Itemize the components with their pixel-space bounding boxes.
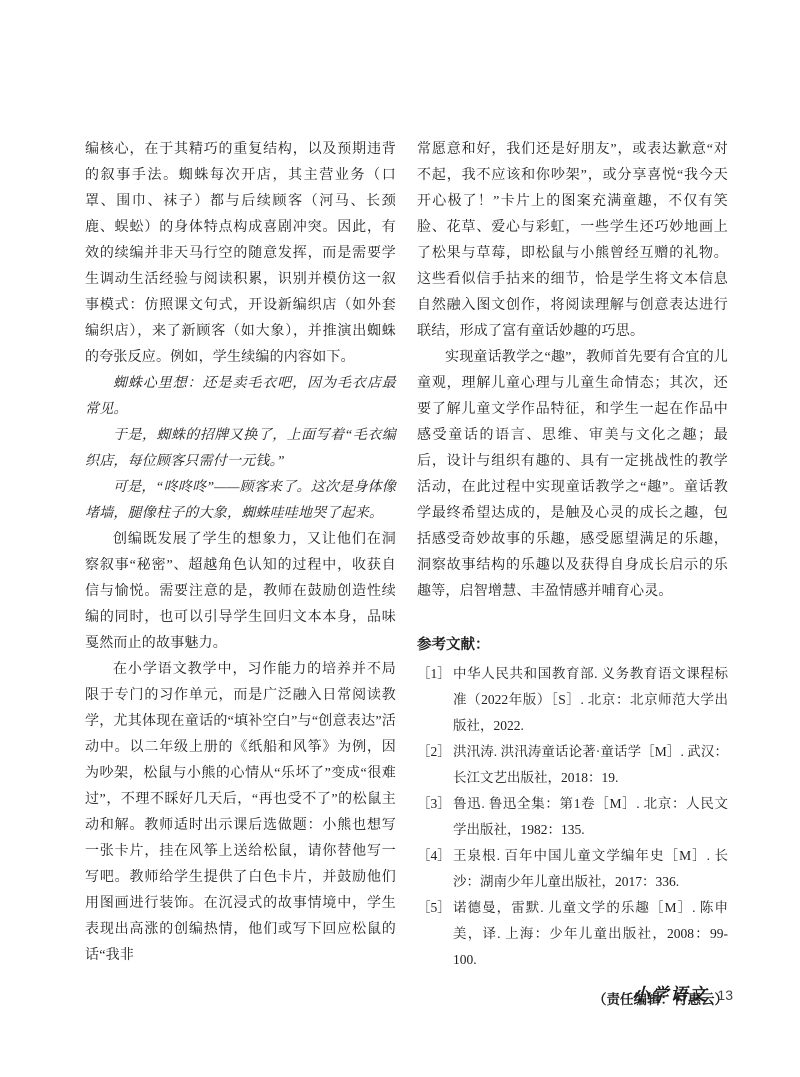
journal-name: 小学语文 (632, 980, 708, 1005)
reference-text: 洪汛涛. 洪汛涛童话论著·童话学［M］. 武汉：长江文艺出版社，2018：19. (453, 744, 728, 785)
reference-label: ［3］ (417, 791, 451, 817)
right-column: 常愿意和好，我们还是好朋友”，或表达歉意“对不起，我不应该和你吵架”，或分享喜悦… (417, 137, 728, 1013)
reference-label: ［5］ (417, 895, 451, 921)
reference-item: ［1］中华人民共和国教育部. 义务教育语文课程标准（2022年版）［S］. 北京… (417, 661, 728, 739)
reference-item: ［2］洪汛涛. 洪汛涛童话论著·童话学［M］. 武汉：长江文艺出版社，2018：… (417, 739, 728, 791)
references-heading: 参考文献： (417, 632, 728, 658)
student-example-paragraph: 可是，“咚咚咚”——顾客来了。这次是身体像堵墙，腿像柱子的大象，蜘蛛哇哇地哭了起… (85, 475, 396, 527)
reference-text: 王泉根. 百年中国儿童文学编年史［M］. 长沙：湖南少年儿童出版社，2017：3… (453, 848, 728, 889)
reference-item: ［5］诺德曼，雷默. 儿童文学的乐趣［M］. 陈申美，译. 上海：少年儿童出版社… (417, 895, 728, 973)
page-number: 13 (717, 987, 733, 1003)
reference-text: 鲁迅. 鲁迅全集：第1卷［M］. 北京：人民文学出版社，1982：135. (453, 796, 728, 837)
reference-text: 中华人民共和国教育部. 义务教育语文课程标准（2022年版）［S］. 北京：北京… (453, 666, 728, 733)
article-body: 编核心，在于其精巧的重复结构，以及预期违背的叙事手法。蜘蛛每次开店，其主营业务（… (85, 137, 728, 1013)
student-example-paragraph: 于是，蜘蛛的招牌又换了，上面写着“毛衣编织店，每位顾客只需付一元钱。” (85, 423, 396, 475)
body-paragraph: 编核心，在于其精巧的重复结构，以及预期违背的叙事手法。蜘蛛每次开店，其主营业务（… (85, 137, 396, 371)
reference-label: ［4］ (417, 843, 451, 869)
body-paragraph: 实现童话教学之“趣”，教师首先要有合宜的儿童观，理解儿童心理与儿童生命情态；其次… (417, 345, 728, 605)
body-paragraph: 常愿意和好，我们还是好朋友”，或表达歉意“对不起，我不应该和你吵架”，或分享喜悦… (417, 137, 728, 345)
reference-label: ［2］ (417, 739, 451, 765)
reference-item: ［4］王泉根. 百年中国儿童文学编年史［M］. 长沙：湖南少年儿童出版社，201… (417, 843, 728, 895)
reference-item: ［3］鲁迅. 鲁迅全集：第1卷［M］. 北京：人民文学出版社，1982：135. (417, 791, 728, 843)
left-column: 编核心，在于其精巧的重复结构，以及预期违背的叙事手法。蜘蛛每次开店，其主营业务（… (85, 137, 396, 1013)
student-example-paragraph: 蜘蛛心里想：还是卖毛衣吧，因为毛衣店最常见。 (85, 371, 396, 423)
journal-page: 编核心，在于其精巧的重复结构，以及预期违背的叙事手法。蜘蛛每次开店，其主营业务（… (0, 0, 800, 1077)
body-paragraph: 创编既发展了学生的想象力，又让他们在洞察叙事“秘密”、超越角色认知的过程中，收获… (85, 527, 396, 657)
references-list: ［1］中华人民共和国教育部. 义务教育语文课程标准（2022年版）［S］. 北京… (417, 661, 728, 973)
reference-text: 诺德曼，雷默. 儿童文学的乐趣［M］. 陈申美，译. 上海：少年儿童出版社，20… (453, 900, 728, 967)
footer: 小学语文 13 (632, 980, 733, 1005)
body-paragraph: 在小学语文教学中，习作能力的培养并不局限于专门的习作单元，而是广泛融入日常阅读教… (85, 657, 396, 969)
reference-label: ［1］ (417, 661, 451, 687)
